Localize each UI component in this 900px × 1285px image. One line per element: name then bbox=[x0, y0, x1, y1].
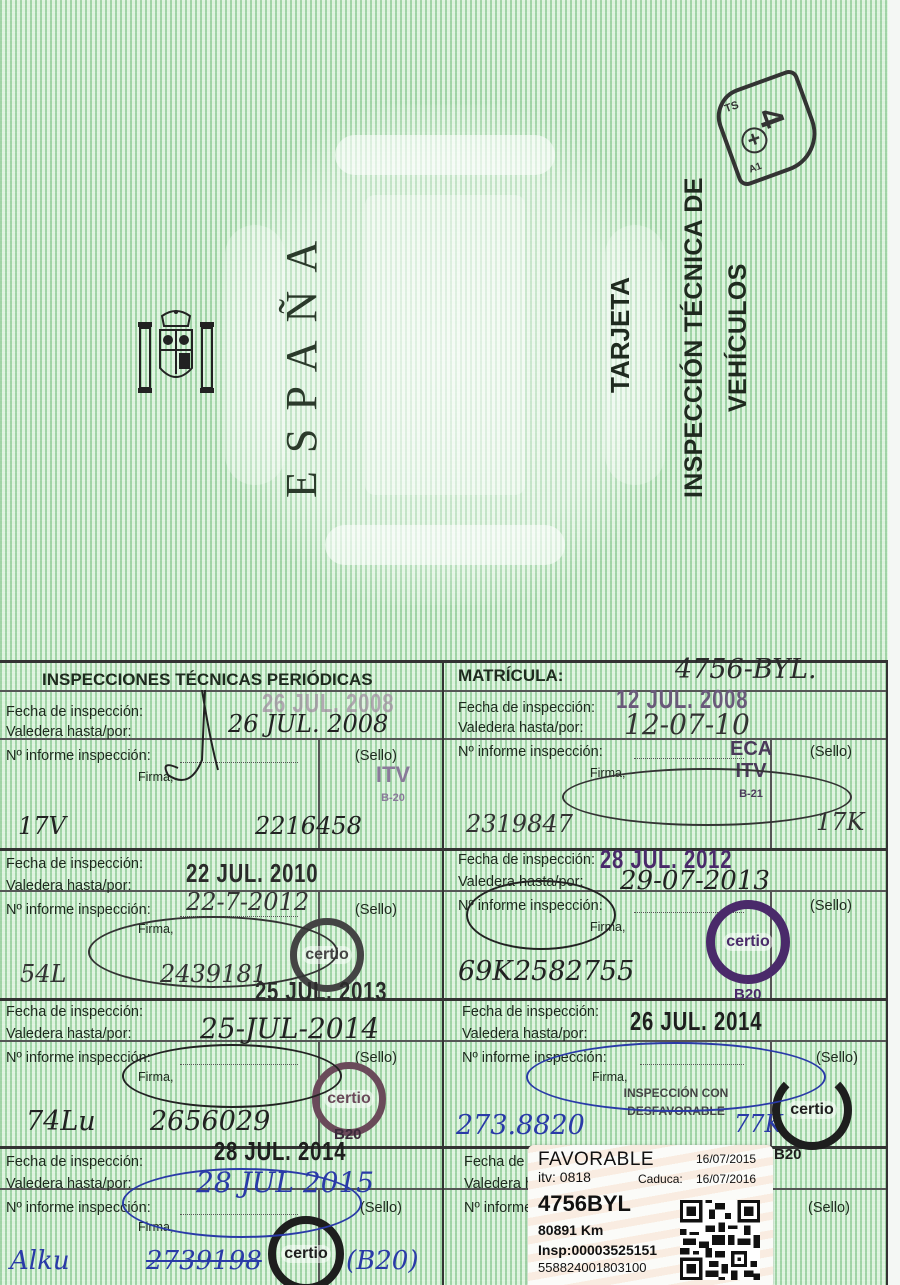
sello-label: (Sello) bbox=[810, 898, 852, 914]
sello-label: (Sello) bbox=[808, 1200, 850, 1216]
inspector-signature: 17V bbox=[18, 812, 66, 840]
country-name: ESPAÑA bbox=[262, 220, 342, 500]
valedera-label: Valedera hasta/por: bbox=[462, 1026, 587, 1042]
valedera-label: Valedera hasta/por: bbox=[6, 878, 131, 894]
periodic-inspections-header: INSPECCIONES TÉCNICAS PERIÓDICAS bbox=[42, 670, 373, 690]
informe-label: Nº informe inspección: bbox=[6, 902, 151, 918]
sticker-km: 80891 Km bbox=[538, 1222, 603, 1238]
plate-label: MATRÍCULA: bbox=[458, 666, 563, 686]
inspection-entry: Fecha de inspección: Valedera hasta/por:… bbox=[444, 998, 888, 1146]
stamp-date: 28 JUL. 2014 bbox=[214, 1136, 346, 1167]
sello-label: (Sello) bbox=[810, 744, 852, 760]
signature-loop-icon bbox=[122, 1168, 362, 1238]
valedera-label: Valedera hasta/por: bbox=[6, 1176, 131, 1192]
corner-stamp: TS 4 + A1 bbox=[708, 67, 827, 189]
corner-stamp-sub: A1 bbox=[748, 161, 764, 176]
fecha-label: Fecha de inspección: bbox=[458, 700, 595, 716]
sello-label: (Sello) bbox=[816, 1050, 858, 1066]
sticker-caduca-label: Caduca: bbox=[638, 1172, 683, 1186]
itv-sticker: FAVORABLE 16/07/2015 itv: 0818 Caduca: 1… bbox=[528, 1145, 773, 1285]
signature-loop-icon bbox=[122, 1044, 342, 1108]
report-number-handwritten: 2582755 bbox=[514, 956, 634, 987]
qr-code-icon bbox=[680, 1200, 760, 1280]
station-code-handwritten: (B20) bbox=[346, 1246, 418, 1276]
fecha-label: Fecha de inspección: bbox=[6, 1154, 143, 1170]
report-number-handwritten: 2656029 bbox=[150, 1106, 270, 1137]
sticker-plate: 4756BYL bbox=[538, 1191, 631, 1217]
inspector-signature: 74Lu bbox=[26, 1106, 96, 1137]
informe-label: Nº informe inspección: bbox=[458, 744, 603, 760]
sticker-code: 558824001803100 bbox=[538, 1260, 646, 1275]
signature-loop-icon bbox=[466, 880, 616, 950]
card-subtitle: INSPECCIÓN TÉCNICA DE VEHÍCULOS bbox=[672, 108, 716, 568]
sticker-result: FAVORABLE bbox=[538, 1149, 654, 1171]
stamp-date: 25 JUL. 2013 bbox=[255, 976, 387, 1007]
card-cover: ESPAÑA TARJETA INSPECCIÓN TÉCNICA DE VEH… bbox=[0, 0, 888, 660]
valid-until-handwritten: 22-7-2012 bbox=[186, 888, 309, 916]
valid-until-handwritten: 29-07-2013 bbox=[620, 866, 770, 896]
sello-label: (Sello) bbox=[360, 1200, 402, 1216]
signature-stroke-icon bbox=[150, 690, 230, 800]
coat-of-arms-icon bbox=[132, 308, 220, 404]
valid-until-handwritten: 12-07-10 bbox=[624, 708, 750, 741]
stamp-date: 26 JUL. 2014 bbox=[630, 1006, 762, 1037]
inspector-signature: Alku bbox=[10, 1246, 70, 1276]
valedera-label: Valedera hasta/por: bbox=[6, 724, 131, 740]
corner-stamp-top: TS bbox=[723, 99, 740, 115]
valid-until-handwritten: 26 JUL. 2008 bbox=[228, 710, 388, 738]
fecha-label: Fecha de inspección: bbox=[6, 704, 143, 720]
certio-stamp: certio bbox=[706, 900, 790, 984]
fecha-label: Fecha de inspección: bbox=[6, 856, 143, 872]
inspector-signature: 69K bbox=[458, 956, 513, 987]
inspection-card: ESPAÑA TARJETA INSPECCIÓN TÉCNICA DE VEH… bbox=[0, 0, 888, 1285]
report-number-handwritten: 273.8820 bbox=[456, 1110, 585, 1141]
valedera-label: Valedera hasta/por: bbox=[458, 720, 583, 736]
valedera-label: Valedera hasta/por: bbox=[6, 1026, 131, 1042]
inspector-signature: 54L bbox=[20, 960, 66, 988]
valid-until-handwritten: 25-JUL-2014 bbox=[200, 1012, 379, 1045]
inspection-entry: Fecha de inspección: Valedera hasta/por:… bbox=[444, 848, 888, 998]
plate-handwritten: 4756-BYL. bbox=[675, 654, 817, 685]
fecha-label: Fecha de inspección: bbox=[458, 852, 595, 868]
page-edge bbox=[888, 0, 900, 1285]
inspection-entry: Fecha de inspección: Valedera hasta/por:… bbox=[0, 998, 444, 1146]
report-number-handwritten: 2216458 bbox=[255, 812, 362, 840]
sticker-itv-number: itv: 0818 bbox=[538, 1169, 591, 1185]
sticker-date: 16/07/2015 bbox=[696, 1152, 756, 1166]
sticker-insp: Insp:00003525151 bbox=[538, 1242, 657, 1258]
report-number-handwritten: 2319847 bbox=[466, 810, 573, 838]
stamp-date: 22 JUL. 2010 bbox=[186, 858, 318, 889]
report-number-handwritten: 2739198 bbox=[146, 1246, 262, 1276]
sticker-caduca-date: 16/07/2016 bbox=[696, 1172, 756, 1186]
informe-label: Nº informe inspección: bbox=[6, 748, 151, 764]
inspection-entry: Fecha de inspección: Valedera hasta/por:… bbox=[0, 690, 444, 848]
signature-loop-icon bbox=[562, 768, 852, 826]
fecha-label: Fecha de inspección: bbox=[6, 1004, 143, 1020]
inspection-entry: Fecha de inspección: Valedera hasta/por:… bbox=[0, 1146, 444, 1285]
signature-loop-icon bbox=[526, 1042, 826, 1112]
inspection-entry: Fecha de inspección: Valedera hasta/por:… bbox=[444, 690, 888, 848]
card-title: TARJETA bbox=[600, 260, 640, 410]
sello-label: (Sello) bbox=[355, 902, 397, 918]
fecha-label: Fecha de inspección: bbox=[462, 1004, 599, 1020]
